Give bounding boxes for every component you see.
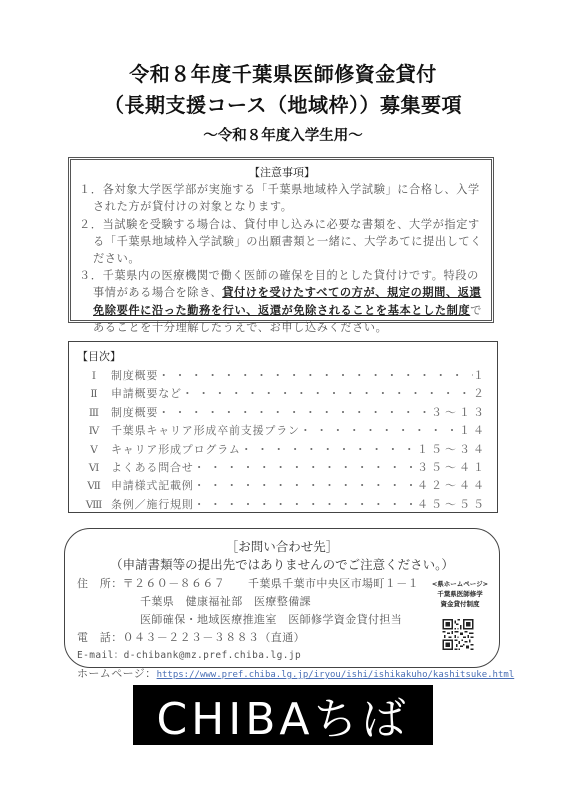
chiba-logo: CHIBAちば <box>133 685 433 745</box>
toc-item[interactable]: Ⅶ申請様式記載例・・・・・・・・・・・・・・・・・・・・・・・・・・・・・・・・… <box>77 477 487 495</box>
contact-caution: （申請書類等の提出先ではありませんのでご注意ください。） <box>65 555 499 573</box>
toc-leader: ・・・・・・・・・・・・・・・・・・・・・・・・・・・・・・・・・・・・・ <box>194 496 417 512</box>
toc-number: Ⅷ <box>77 499 111 511</box>
toc-number: Ⅵ <box>77 462 111 474</box>
contact-homepage-row: ホームページ：https://www.pref.chiba.lg.jp/iryo… <box>77 665 514 681</box>
table-of-contents: 【目次】 Ⅰ制度概要・・・・・・・・・・・・・・・・・・・・・・・・・・・・・・… <box>68 341 498 513</box>
toc-number: Ⅳ <box>77 425 111 437</box>
contact-phone: 電 話：０４３－２２３－３８８３（直通） <box>77 629 305 645</box>
document-title: 令和８年度千葉県医師修資金貸付 <box>0 58 566 87</box>
toc-page: ２ <box>473 385 487 401</box>
toc-label: 申請概要など <box>111 385 182 401</box>
toc-leader: ・・・・・・・・・・・・・・・・・・・・・・・・・・・・・・・・・・・・・ <box>300 422 459 438</box>
notice-item: ３．千葉県内の医療機関で働く医師の確保を目的とした貸付けです。特段の事情がある場… <box>79 267 485 336</box>
toc-leader: ・・・・・・・・・・・・・・・・・・・・・・・・・・・・・・・・・・・・・ <box>194 459 417 475</box>
document-subtitle: ～令和８年度入学生用～ <box>0 124 566 145</box>
toc-page: ４２～４４ <box>417 477 487 493</box>
toc-number: Ⅴ <box>77 444 111 456</box>
notice-item: １．各対象大学医学部が実施する「千葉県地域枠入学試験」に合格し、入学された方が貸… <box>79 181 485 215</box>
contact-address: 住 所：〒２６０－８６６７ 千葉県千葉市中央区市場町１－１ <box>77 575 419 591</box>
qr-code-icon[interactable] <box>442 619 474 650</box>
contact-department: 千葉県 健康福祉部 医療整備課 <box>140 593 311 609</box>
toc-page: ３～１３ <box>431 404 487 420</box>
notice-item: ２．当試験を受験する場合は、貸付申し込みに必要な書類を、大学が指定する「千葉県地… <box>79 216 485 268</box>
toc-page: １５～３４ <box>417 441 487 457</box>
toc-item[interactable]: Ⅴキャリア形成プログラム・・・・・・・・・・・・・・・・・・・・・・・・・・・・… <box>77 441 487 459</box>
qr-caption: <県ホームページ> 千葉県医師修学 資金貸付制度 <box>423 579 497 609</box>
toc-leader: ・・・・・・・・・・・・・・・・・・・・・・・・・・・・・・・・・・・・・ <box>158 404 431 420</box>
toc-page: ３５～４１ <box>417 459 487 475</box>
contact-heading: ［お問い合わせ先］ <box>65 537 499 555</box>
toc-heading: 【目次】 <box>77 348 487 364</box>
toc-label: 千葉県キャリア形成卒前支援プラン <box>111 422 300 438</box>
toc-item[interactable]: Ⅵよくある問合せ・・・・・・・・・・・・・・・・・・・・・・・・・・・・・・・・… <box>77 459 487 477</box>
document-title-line2: （長期支援コース（地域枠））募集要項 <box>0 89 566 118</box>
toc-label: キャリア形成プログラム <box>111 441 241 457</box>
toc-leader: ・・・・・・・・・・・・・・・・・・・・・・・・・・・・・・・・・・・・・ <box>194 477 417 493</box>
qr-caption-line: 資金貸付制度 <box>423 599 497 609</box>
toc-label: 制度概要 <box>111 404 158 420</box>
notice-heading: 【注意事項】 <box>79 164 485 181</box>
toc-number: Ⅱ <box>77 388 111 400</box>
toc-number: Ⅲ <box>77 407 111 419</box>
toc-item[interactable]: Ⅲ制度概要・・・・・・・・・・・・・・・・・・・・・・・・・・・・・・・・・・・… <box>77 404 487 422</box>
toc-page: １４ <box>459 422 487 438</box>
toc-label: 条例／施行規則 <box>111 496 194 512</box>
toc-item[interactable]: Ⅳ千葉県キャリア形成卒前支援プラン・・・・・・・・・・・・・・・・・・・・・・・… <box>77 422 487 440</box>
toc-page: １ <box>473 367 487 383</box>
notice-box: 【注意事項】 １．各対象大学医学部が実施する「千葉県地域枠入学試験」に合格し、入… <box>68 157 494 323</box>
toc-label: 申請様式記載例 <box>111 477 194 493</box>
toc-number: Ⅰ <box>77 370 111 382</box>
toc-page: ４５～５５ <box>417 496 487 512</box>
email-label: E-mail： <box>77 650 124 661</box>
contact-email-row: E-mail：d-chibank@mz.pref.chiba.lg.jp <box>77 647 301 661</box>
toc-leader: ・・・・・・・・・・・・・・・・・・・・・・・・・・・・・・・・・・・・・ <box>182 385 473 401</box>
toc-leader: ・・・・・・・・・・・・・・・・・・・・・・・・・・・・・・・・・・・・・ <box>241 441 417 457</box>
qr-caption-line: <県ホームページ> <box>423 579 497 589</box>
email-address[interactable]: d-chibank@mz.pref.chiba.lg.jp <box>124 650 301 661</box>
contact-office: 医師確保・地域医療推進室 医師修学資金貸付担当 <box>140 611 402 627</box>
homepage-link[interactable]: https://www.pref.chiba.lg.jp/iryou/ishi/… <box>157 670 515 680</box>
qr-caption-line: 千葉県医師修学 <box>423 589 497 599</box>
toc-label: 制度概要 <box>111 367 158 383</box>
contact-box: ［お問い合わせ先］ （申請書類等の提出先ではありませんのでご注意ください。） 住… <box>64 528 500 668</box>
toc-item[interactable]: Ⅰ制度概要・・・・・・・・・・・・・・・・・・・・・・・・・・・・・・・・・・・… <box>77 367 487 385</box>
toc-item[interactable]: Ⅷ条例／施行規則・・・・・・・・・・・・・・・・・・・・・・・・・・・・・・・・… <box>77 496 487 514</box>
toc-leader: ・・・・・・・・・・・・・・・・・・・・・・・・・・・・・・・・・・・・・ <box>158 367 473 383</box>
toc-label: よくある問合せ <box>111 459 194 475</box>
toc-number: Ⅶ <box>77 480 111 492</box>
logo-text: CHIBAちば <box>156 683 409 747</box>
homepage-label: ホームページ： <box>77 667 157 680</box>
toc-item[interactable]: Ⅱ申請概要など・・・・・・・・・・・・・・・・・・・・・・・・・・・・・・・・・… <box>77 385 487 403</box>
